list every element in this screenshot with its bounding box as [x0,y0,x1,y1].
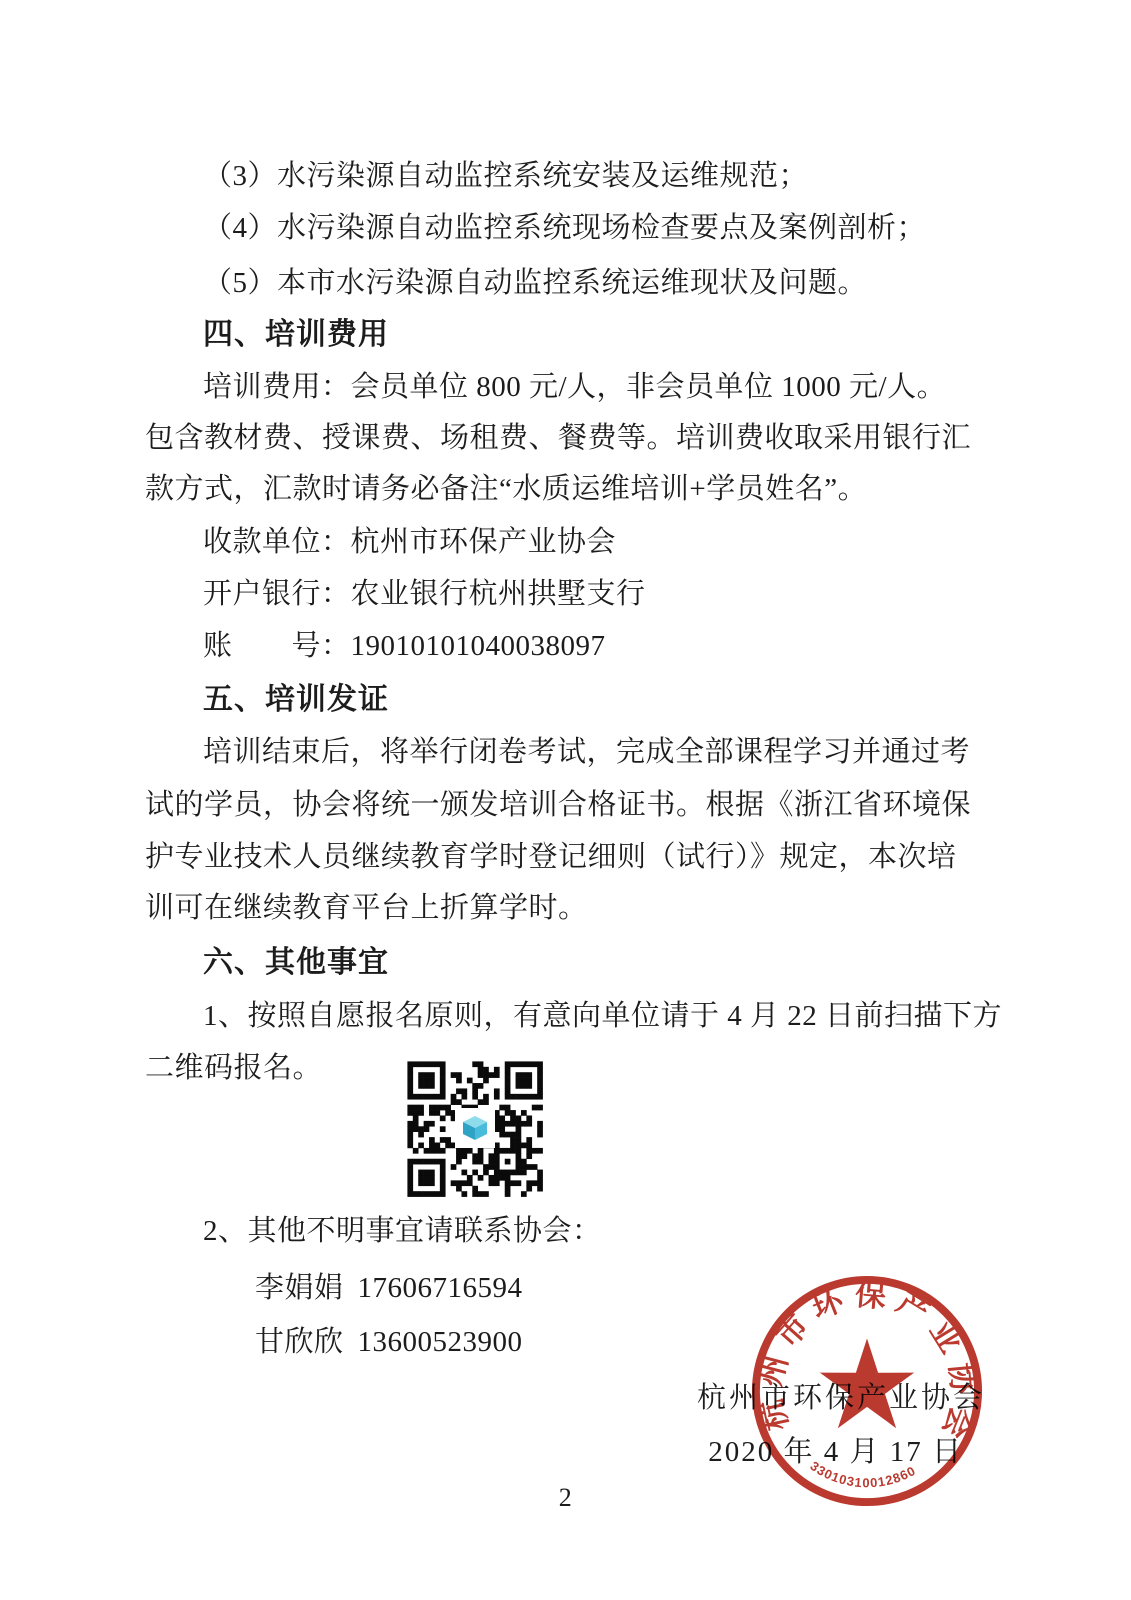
cert-paragraph-line4: 训可在继续教育平台上折算学时。 [145,890,990,926]
contact-name: 甘欣欣 [255,1326,344,1358]
course-item-5: （5）本市水污染源自动监控系统运维现状及问题。 [145,265,990,301]
teal-cube-icon [459,1112,491,1144]
contact-phone: 13600523900 [358,1326,523,1358]
cert-paragraph-line2: 试的学员，协会将统一颁发培训合格证书。根据《浙江省环境保 [145,787,990,823]
course-item-4: （4）水污染源自动监控系统现场检查要点及案例剖析； [145,210,990,246]
registration-qr-code [402,1056,548,1202]
cert-paragraph-line1: 培训结束后，将举行闭卷考试，完成全部课程学习并通过考 [145,734,990,770]
section-heading-other: 六、其他事宜 [145,945,990,981]
official-seal-stamp: 杭州市环保产业协会 33010310012860 [748,1272,986,1510]
page-number: 2 [0,1480,1131,1516]
payee-value: 杭州市环保产业协会 [351,526,617,558]
bank-line: 开户银行：农业银行杭州拱墅支行 [145,576,990,612]
section-heading-fees: 四、培训费用 [145,317,990,353]
other-item1-line1: 1、按照自愿报名原则，有意向单位请于 4 月 22 日前扫描下方 [145,998,990,1034]
account-label: 账 号： [203,630,351,662]
fee-paragraph-line1: 培训费用：会员单位 800 元/人，非会员单位 1000 元/人。 [145,369,990,405]
payee-line: 收款单位：杭州市环保产业协会 [145,524,990,560]
contact-phone: 17606716594 [358,1272,523,1304]
payee-label: 收款单位： [203,526,351,558]
contact-name: 李娟娟 [255,1272,344,1304]
section-heading-certificate: 五、培训发证 [145,682,990,718]
bank-label: 开户银行： [203,578,351,610]
other-item1-line2: 二维码报名。 [145,1050,990,1086]
qr-center-badge [455,1108,495,1148]
account-line: 账 号：19010101040038097 [145,628,990,664]
account-number: 19010101040038097 [351,630,606,662]
course-item-3: （3）水污染源自动监控系统安装及运维规范； [145,158,990,194]
seal-star-icon [820,1338,914,1428]
fee-paragraph-line3: 款方式，汇款时请务必备注“水质运维培训+学员姓名”。 [145,471,990,507]
bank-value: 农业银行杭州拱墅支行 [351,578,646,610]
document-page: （3）水污染源自动监控系统安装及运维规范； （4）水污染源自动监控系统现场检查要… [0,0,1131,1600]
other-item2: 2、其他不明事宜请联系协会： [145,1213,990,1249]
fee-paragraph-line2: 包含教材费、授课费、场租费、餐费等。培训费收取采用银行汇 [145,420,990,456]
cert-paragraph-line3: 护专业技术人员继续教育学时登记细则（试行）》规定，本次培 [145,839,990,875]
